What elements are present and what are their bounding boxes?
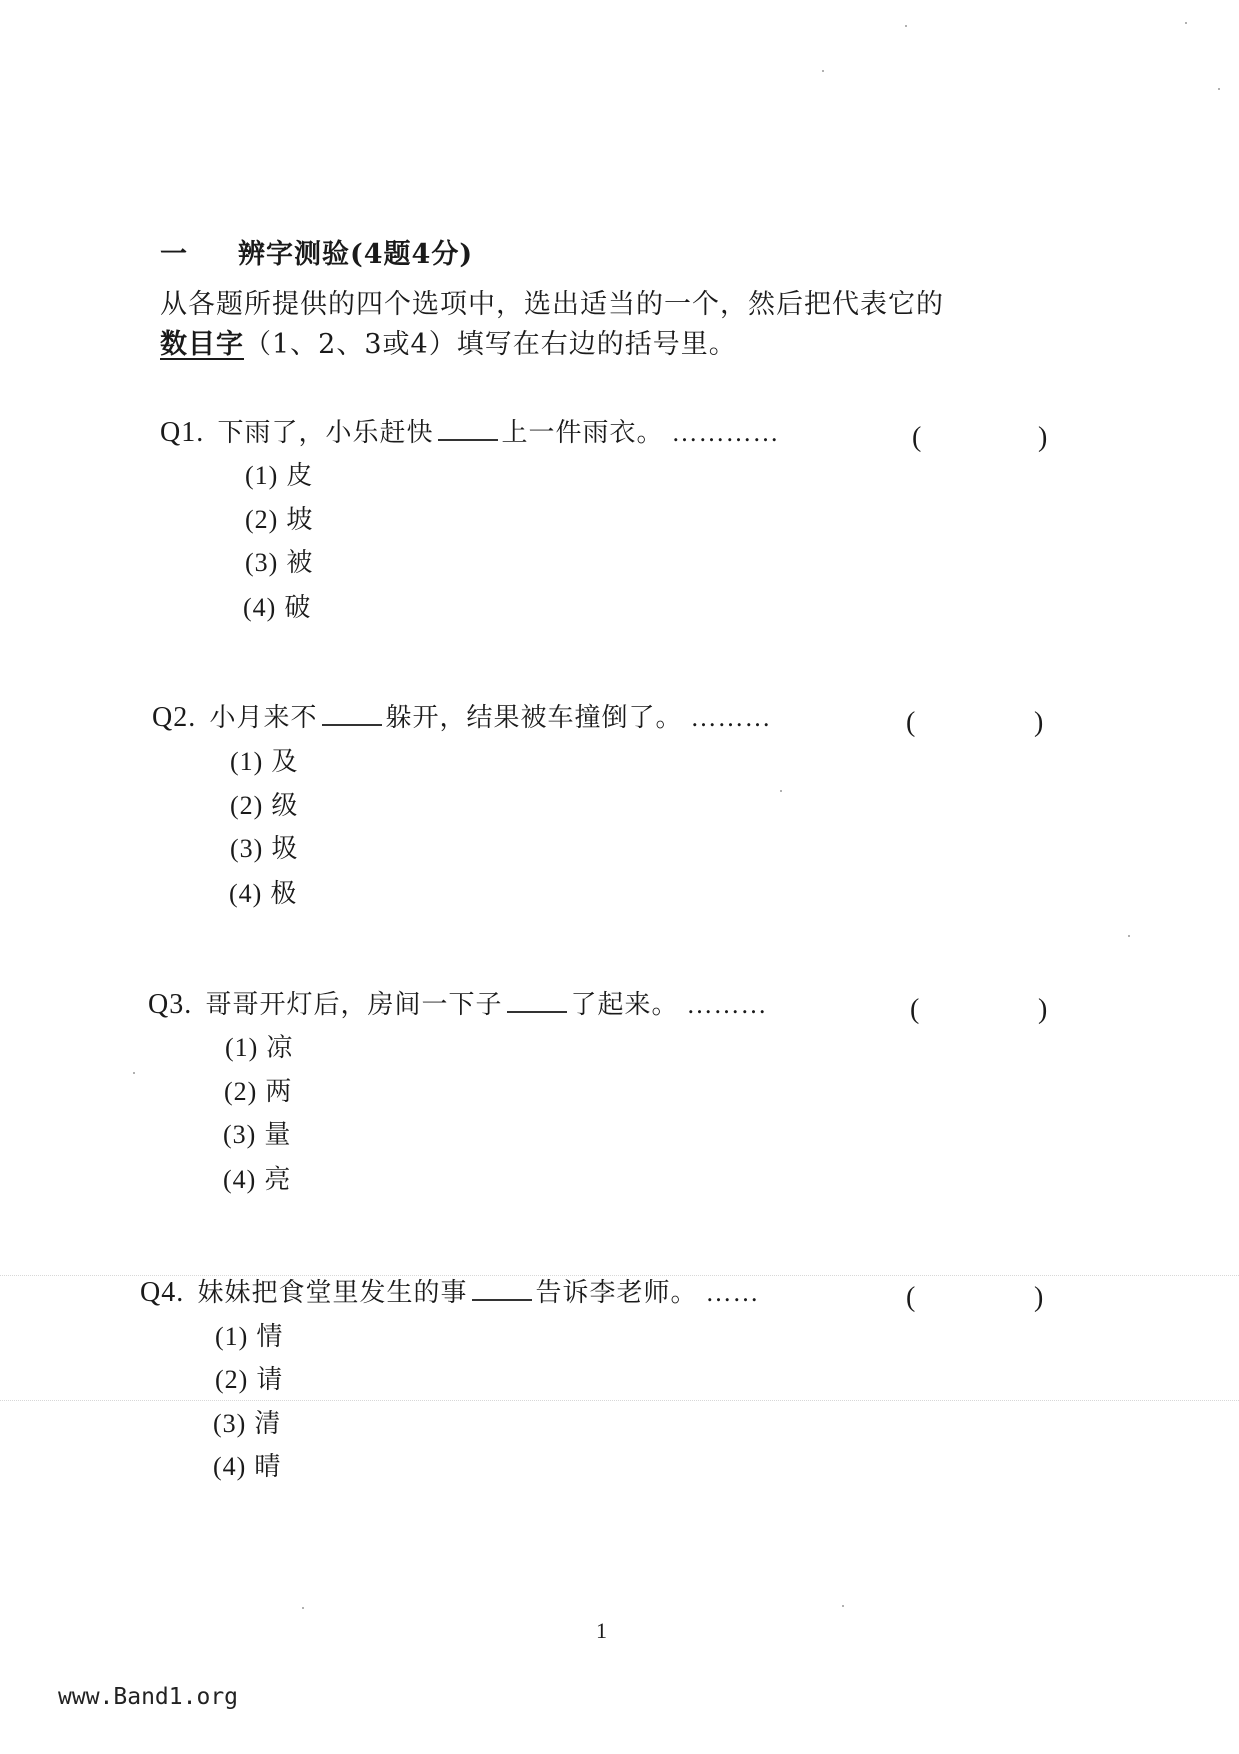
instructions-line-2: 数目字（1、2、3或4）填写在右边的括号里。 [160, 322, 737, 361]
option-3: (3)被 [245, 542, 313, 579]
question-2: Q2. 小月来不躲开，结果被车撞倒了。……… [152, 697, 772, 734]
answer-box-close: ) [1038, 422, 1047, 454]
page-number: 1 [596, 1618, 607, 1644]
option-4: (4)亮 [223, 1159, 291, 1196]
answer-box-open[interactable]: ( [906, 1282, 915, 1314]
option-2: (2)坡 [245, 499, 313, 536]
scan-speck [905, 25, 907, 27]
option-3: (3)量 [223, 1114, 291, 1151]
option-1: (1)凉 [225, 1027, 293, 1064]
option-1: (1)皮 [245, 455, 313, 492]
option-4: (4)极 [229, 873, 297, 910]
question-1: Q1. 下雨了，小乐赶快上一件雨衣。………… [160, 412, 780, 449]
option-1: (1)情 [215, 1316, 283, 1353]
option-3: (3)圾 [230, 828, 298, 865]
scan-speck [822, 70, 824, 72]
leader-dots: ……… [691, 703, 772, 732]
answer-box-open[interactable]: ( [910, 994, 919, 1026]
scan-speck [1218, 88, 1220, 90]
option-4: (4)破 [243, 587, 311, 624]
question-text-after: 躲开，结果被车撞倒了。 [386, 703, 683, 733]
leader-dots: ………… [672, 418, 780, 447]
answer-box-close: ) [1038, 994, 1047, 1026]
question-4: Q4. 妹妹把食堂里发生的事告诉李老师。…… [140, 1272, 760, 1309]
watermark: www.Band1.org [54, 1682, 242, 1712]
question-text-before: 下雨了，小乐赶快 [218, 418, 434, 448]
question-number: Q2. [152, 702, 196, 733]
option-1: (1)及 [230, 741, 298, 778]
section-title: 辨字测验(4题4分) [238, 239, 473, 270]
scan-speck [1185, 22, 1187, 24]
instructions-line-1: 从各题所提供的四个选项中，选出适当的一个，然后把代表它的 [160, 282, 944, 321]
option-2: (2)级 [230, 785, 298, 822]
leader-dots: ……… [687, 990, 768, 1019]
answer-blank [438, 433, 498, 441]
instructions-emphasis: 数目字 [160, 329, 244, 360]
option-2: (2)两 [224, 1071, 292, 1108]
question-text-before: 妹妹把食堂里发生的事 [198, 1278, 468, 1308]
leader-dots: …… [706, 1278, 760, 1307]
question-text-after: 告诉李老师。 [536, 1278, 698, 1308]
answer-blank [472, 1293, 532, 1301]
question-text-before: 小月来不 [210, 703, 318, 733]
option-2: (2)请 [215, 1359, 283, 1396]
question-text-after: 了起来。 [571, 990, 679, 1020]
question-number: Q4. [140, 1277, 184, 1308]
question-number: Q1. [160, 417, 204, 448]
question-3: Q3. 哥哥开灯后，房间一下子了起来。……… [148, 984, 768, 1021]
answer-box-open[interactable]: ( [912, 422, 921, 454]
option-3: (3)清 [213, 1403, 281, 1440]
answer-blank [322, 718, 382, 726]
scan-speck [780, 790, 782, 792]
option-4: (4)晴 [213, 1446, 281, 1483]
question-number: Q3. [148, 989, 192, 1020]
section-header: 一辨字测验(4题4分) [160, 232, 473, 271]
scan-line-artifact [0, 1400, 1239, 1401]
scan-speck [302, 1607, 304, 1609]
answer-blank [507, 1005, 567, 1013]
section-number: 一 [160, 232, 238, 271]
scan-speck [133, 1072, 135, 1074]
answer-box-close: ) [1034, 707, 1043, 739]
instructions-rest: （1、2、3或4）填写在右边的括号里。 [244, 329, 737, 360]
question-text-before: 哥哥开灯后，房间一下子 [206, 990, 503, 1020]
answer-box-open[interactable]: ( [906, 707, 915, 739]
question-text-after: 上一件雨衣。 [502, 418, 664, 448]
scan-speck [1128, 935, 1130, 937]
scan-speck [842, 1605, 844, 1607]
answer-box-close: ) [1034, 1282, 1043, 1314]
